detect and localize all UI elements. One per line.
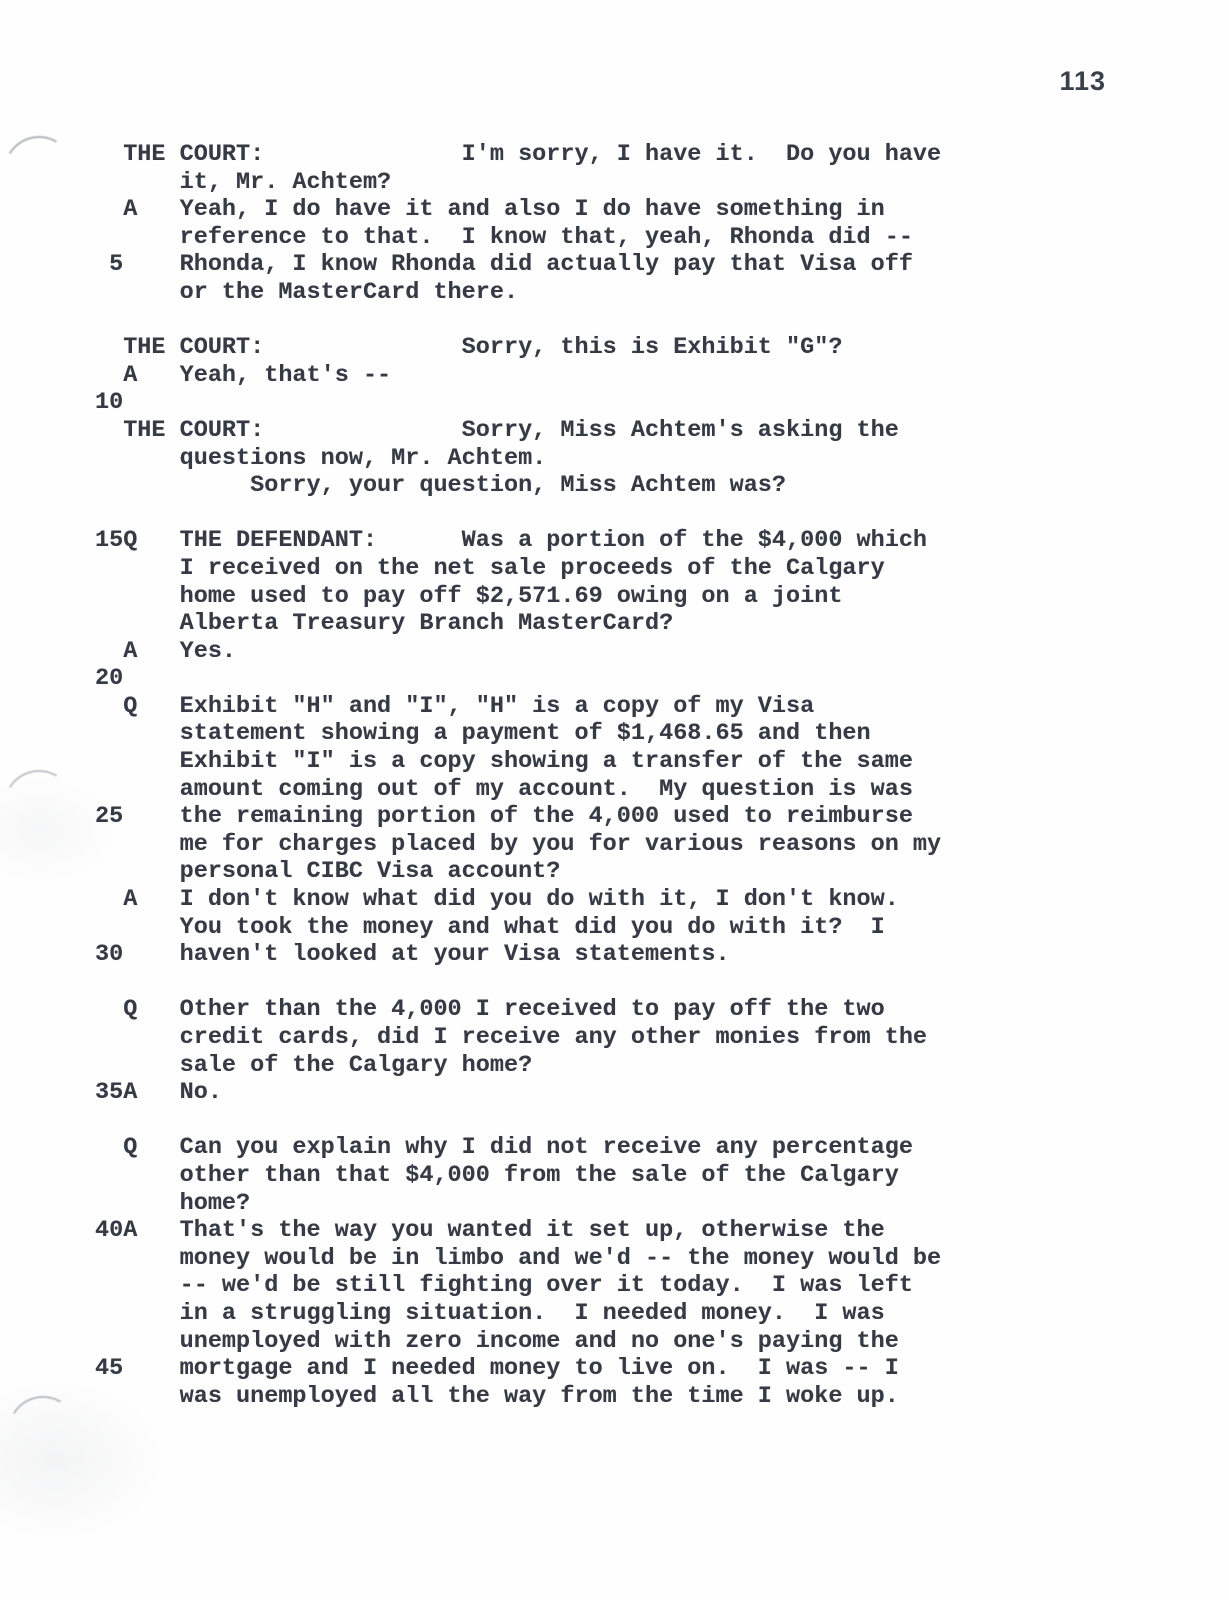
transcript-line: money would be in limbo and we'd -- the … bbox=[95, 1245, 1195, 1273]
transcript-line: home? bbox=[95, 1190, 1195, 1218]
transcript-line: THE COURT: I'm sorry, I have it. Do you … bbox=[95, 141, 1195, 169]
transcript-line: Q Can you explain why I did not receive … bbox=[95, 1134, 1195, 1162]
transcript-line: 25 the remaining portion of the 4,000 us… bbox=[95, 803, 1195, 831]
transcript-line bbox=[95, 969, 1195, 997]
transcript-line: amount coming out of my account. My ques… bbox=[95, 776, 1195, 804]
transcript-line: Alberta Treasury Branch MasterCard? bbox=[95, 610, 1195, 638]
transcript-line: 5 Rhonda, I know Rhonda did actually pay… bbox=[95, 251, 1195, 279]
transcript-line: reference to that. I know that, yeah, Rh… bbox=[95, 224, 1195, 252]
transcript-line: A Yeah, I do have it and also I do have … bbox=[95, 196, 1195, 224]
transcript-line: A Yes. bbox=[95, 638, 1195, 666]
transcript-line: in a struggling situation. I needed mone… bbox=[95, 1300, 1195, 1328]
transcript-line: unemployed with zero income and no one's… bbox=[95, 1328, 1195, 1356]
transcript-line: 35A No. bbox=[95, 1079, 1195, 1107]
transcript-line: A Yeah, that's -- bbox=[95, 362, 1195, 390]
transcript-line: Q Exhibit "H" and "I", "H" is a copy of … bbox=[95, 693, 1195, 721]
transcript-line: sale of the Calgary home? bbox=[95, 1052, 1195, 1080]
transcript-body: THE COURT: I'm sorry, I have it. Do you … bbox=[95, 141, 1195, 1410]
transcript-line: home used to pay off $2,571.69 owing on … bbox=[95, 583, 1195, 611]
transcript-line bbox=[95, 500, 1195, 528]
transcript-line: personal CIBC Visa account? bbox=[95, 858, 1195, 886]
transcript-page: 113 THE COURT: I'm sorry, I have it. Do … bbox=[0, 0, 1229, 1600]
transcript-line: THE COURT: Sorry, this is Exhibit "G"? bbox=[95, 334, 1195, 362]
transcript-line: or the MasterCard there. bbox=[95, 279, 1195, 307]
punch-hole-icon bbox=[1, 1389, 86, 1474]
transcript-line: questions now, Mr. Achtem. bbox=[95, 445, 1195, 473]
transcript-line: 20 bbox=[95, 665, 1195, 693]
transcript-line: was unemployed all the way from the time… bbox=[95, 1383, 1195, 1411]
transcript-line: I received on the net sale proceeds of t… bbox=[95, 555, 1195, 583]
transcript-line: A I don't know what did you do with it, … bbox=[95, 886, 1195, 914]
transcript-line: 15Q THE DEFENDANT: Was a portion of the … bbox=[95, 527, 1195, 555]
transcript-line: other than that $4,000 from the sale of … bbox=[95, 1162, 1195, 1190]
transcript-line: it, Mr. Achtem? bbox=[95, 169, 1195, 197]
transcript-line: Sorry, your question, Miss Achtem was? bbox=[95, 472, 1195, 500]
transcript-line: statement showing a payment of $1,468.65… bbox=[95, 720, 1195, 748]
transcript-line bbox=[95, 307, 1195, 335]
punch-hole-icon bbox=[0, 129, 81, 214]
transcript-line: You took the money and what did you do w… bbox=[95, 914, 1195, 942]
transcript-line: THE COURT: Sorry, Miss Achtem's asking t… bbox=[95, 417, 1195, 445]
transcript-line: credit cards, did I receive any other mo… bbox=[95, 1024, 1195, 1052]
page-number: 113 bbox=[1010, 66, 1106, 97]
transcript-line: -- we'd be still fighting over it today.… bbox=[95, 1272, 1195, 1300]
transcript-line: 45 mortgage and I needed money to live o… bbox=[95, 1355, 1195, 1383]
transcript-line: me for charges placed by you for various… bbox=[95, 831, 1195, 859]
transcript-line: 40A That's the way you wanted it set up,… bbox=[95, 1217, 1195, 1245]
transcript-line bbox=[95, 1107, 1195, 1135]
transcript-line: 30 haven't looked at your Visa statement… bbox=[95, 941, 1195, 969]
transcript-line: Q Other than the 4,000 I received to pay… bbox=[95, 996, 1195, 1024]
punch-hole-icon bbox=[0, 763, 81, 848]
transcript-line: Exhibit "I" is a copy showing a transfer… bbox=[95, 748, 1195, 776]
transcript-line: 10 bbox=[95, 389, 1195, 417]
